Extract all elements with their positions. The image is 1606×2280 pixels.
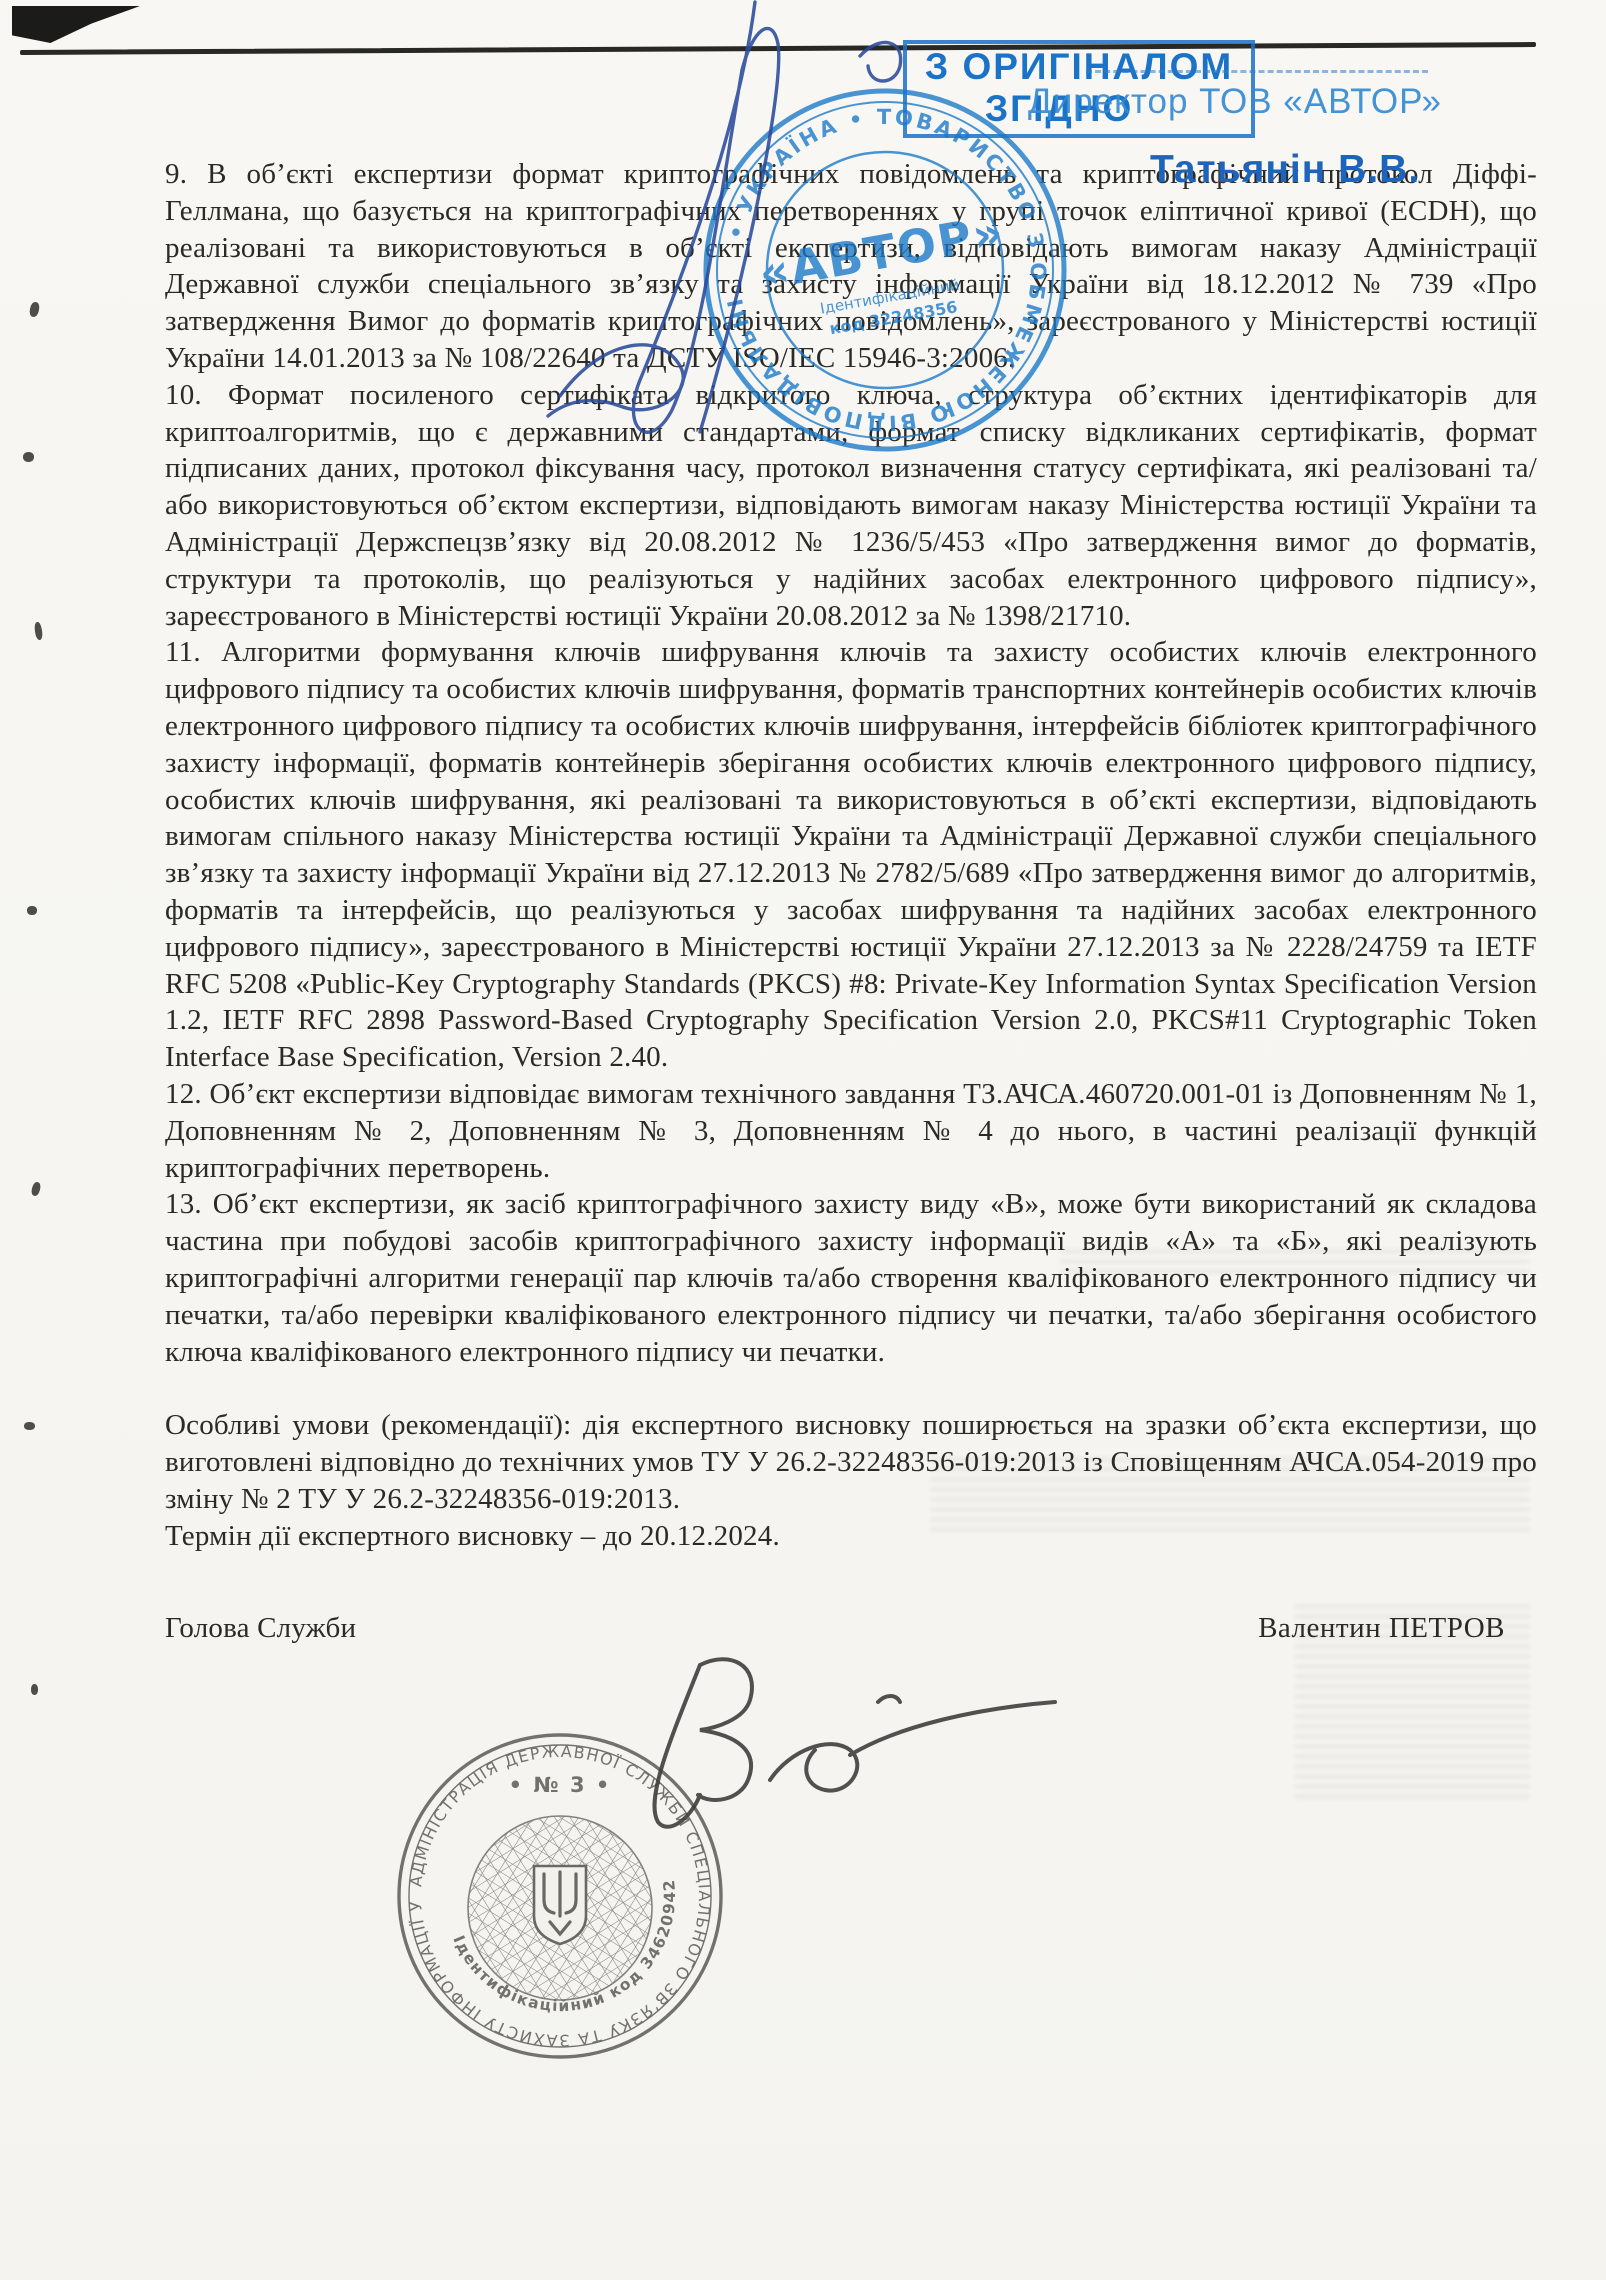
scan-speck [31,1684,38,1695]
government-round-stamp: АДМІНІСТРАЦІЯ ДЕРЖАВНОЇ СЛУЖБИ СПЕЦІАЛЬН… [390,1726,730,2066]
svg-text:АДМІНІСТРАЦІЯ ДЕРЖАВНОЇ СЛУЖБИ: АДМІНІСТРАЦІЯ ДЕРЖАВНОЇ СЛУЖБИ СПЕЦІАЛЬН… [390,1726,714,2050]
gov-stamp-ring-text: АДМІНІСТРАЦІЯ ДЕРЖАВНОЇ СЛУЖБИ СПЕЦІАЛЬН… [390,1726,714,2050]
signature-row: Голова Служби Валентин ПЕТРОВ [165,1610,1537,1647]
paragraph-13: 13. Об’єкт експертизи, як засіб криптогр… [165,1186,1537,1370]
paragraph-11: 11. Алгоритми формування ключів шифруван… [165,634,1537,1076]
scan-speck [27,906,37,915]
paragraph-12: 12. Об’єкт експертизи відповідає вимогам… [165,1076,1537,1186]
trident-emblem [534,1866,586,1944]
director-name-text: Татьянін В.В. [1150,148,1420,192]
gov-stamp-code-text: Ідентифікаційний код 34620942 [449,1878,679,2015]
validity-statement: Термін дії експертного висновку – до 20.… [165,1518,1537,1555]
scan-speck [23,452,34,462]
signer-title: Голова Служби [165,1610,356,1647]
handwritten-signature-bottom [560,1640,1100,1850]
director-title-text: Директор ТОВ «АВТОР» [1028,82,1548,122]
scan-speck [29,301,41,318]
scan-speck [34,622,43,641]
stamp-dashed-line [1086,70,1428,73]
scan-edge-line [20,42,1536,55]
special-terms: Особливі умови (рекомендації): дія експе… [165,1407,1537,1517]
scan-corner-artifact [12,6,140,48]
paragraph-gap [165,1370,1537,1407]
gov-stamp-number: • № 3 • [509,1773,612,1797]
svg-text:Ідентифікаційний код 34620942: Ідентифікаційний код 34620942 [449,1878,679,2015]
scanned-document-page: 9. В об’єкті експертизи формат криптогра… [0,0,1606,2280]
document-body: 9. В об’єкті експертизи формат криптогра… [165,156,1537,1647]
scan-speck [24,1422,35,1430]
signer-name: Валентин ПЕТРОВ [1258,1610,1505,1647]
scan-speck [30,1181,41,1197]
paragraph-10: 10. Формат посиленого сертифіката відкри… [165,377,1537,635]
